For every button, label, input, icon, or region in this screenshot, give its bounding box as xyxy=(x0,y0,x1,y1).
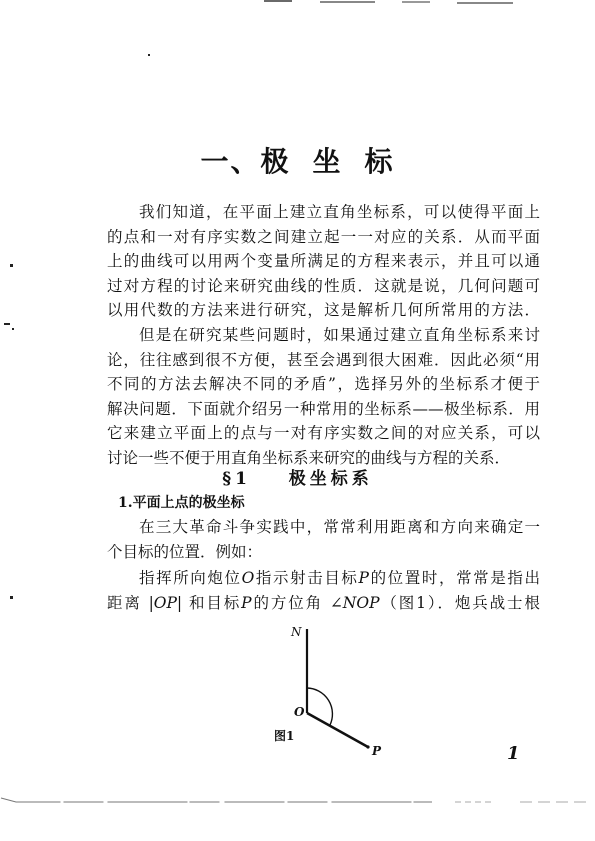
page-number: 1 xyxy=(507,743,520,764)
figure-caption: 图1 xyxy=(274,727,294,744)
label-O: O xyxy=(294,705,304,719)
scan-bottom-edge xyxy=(0,795,595,807)
label-N: N xyxy=(291,625,302,639)
label-P: P xyxy=(372,744,381,758)
